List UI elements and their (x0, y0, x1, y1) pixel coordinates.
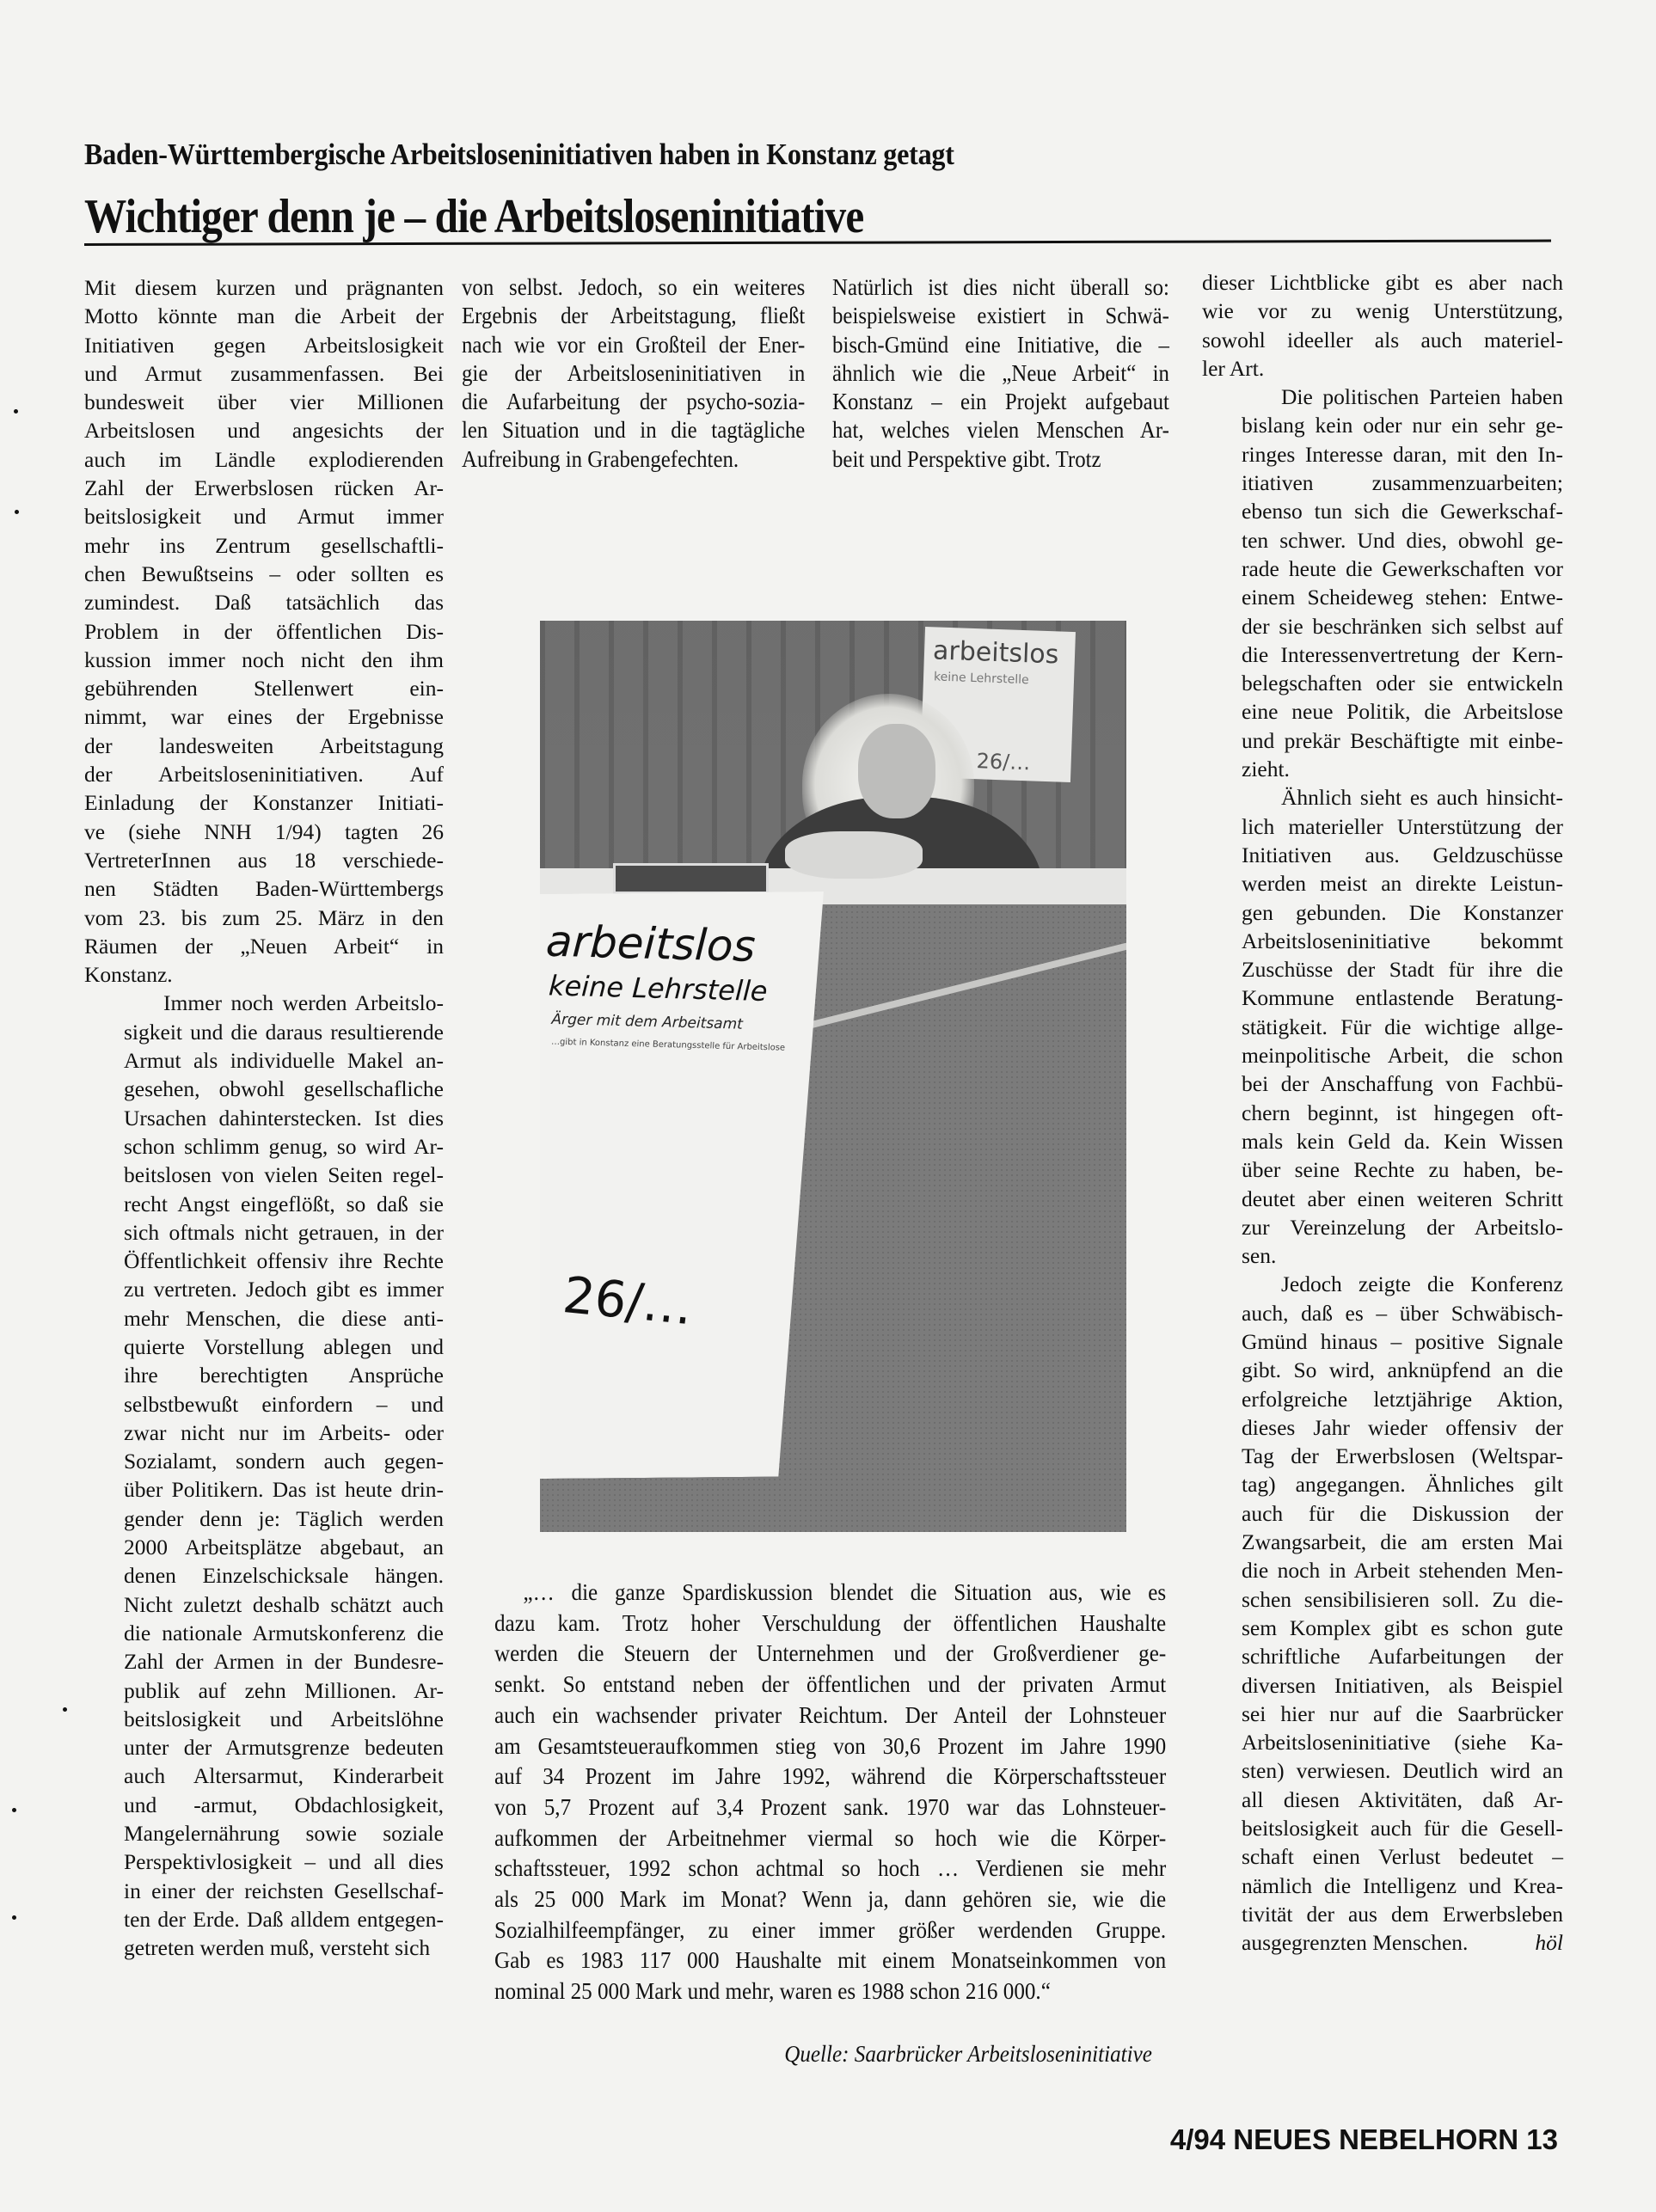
quote-line: Sozialhilfeempfänger, zu einer immer grö… (494, 1915, 1166, 1946)
text-line: Arbeitsloseninitiative bekommt (1202, 927, 1563, 955)
quote-line: aufkommen der Arbeitnehmer viermal so ho… (494, 1823, 1166, 1854)
text-line: Einladung der Konstanzer Initiati- (84, 788, 444, 817)
margin-mark (12, 1808, 16, 1812)
text-line: werden meist an direkte Leistun- (1202, 869, 1563, 898)
quote-line: werden die Steuern der Unternehmen und d… (494, 1639, 1166, 1670)
text-line: all diesen Aktivitäten, daß Ar- (1202, 1786, 1563, 1814)
text-line: quierte Vorstellung ablegen und (84, 1333, 444, 1361)
quote-line: auf 34 Prozent im Jahre 1992, während di… (494, 1762, 1166, 1792)
text-line: len Situation und in die tagtägliche (462, 416, 805, 444)
text-line: zieht. (1202, 755, 1563, 783)
text-line: stätigkeit. Für die wichtige allge- (1202, 1013, 1563, 1041)
text-line: Konstanz. (84, 960, 444, 989)
text-line: über seine Rechte zu haben, be- (1202, 1155, 1563, 1184)
quote-source: Quelle: Saarbrücker Arbeitsloseninitiati… (784, 2041, 1152, 2068)
text-line: bisch-Gmünd eine Initiative, die – (832, 331, 1169, 359)
text-line: ausgegrenzten Menschen.höl (1202, 1928, 1563, 1957)
text-line: nen Städten Baden-Württembergs (84, 874, 444, 903)
quote-line: Gab es 1983 117 000 Haushalte mit einem … (494, 1945, 1166, 1976)
text-line: diversen Initiativen, als Beispiel (1202, 1671, 1563, 1700)
text-line: deutet aber einen weiteren Schritt (1202, 1185, 1563, 1213)
text-line: Tag der Erwerbslosen (Weltspar- (1202, 1442, 1563, 1470)
text-line: bei der Anschaffung von Fachbü- (1202, 1069, 1563, 1098)
text-line: getreten werden muß, versteht sich (84, 1933, 444, 1962)
text-line: Die politischen Parteien haben (1202, 383, 1563, 411)
text-line: bislang kein oder nur ein sehr ge- (1202, 411, 1563, 439)
quote-line: schaftssteuer, 1992 schon achtmal so hoc… (494, 1854, 1166, 1884)
article-column-1: Mit diesem kurzen und prägnantenMotto kö… (84, 273, 444, 1963)
text-line: Motto könnte man die Arbeit der (84, 302, 444, 330)
text-line: auch, daß es – über Schwäbisch- (1202, 1299, 1563, 1327)
quote-line: nominal 25 000 Mark und mehr, waren es 1… (494, 1976, 1166, 2007)
text-line: schen sensibilisieren soll. Zu die- (1202, 1585, 1563, 1614)
author-signature: höl (1495, 1928, 1563, 1957)
text-line: Zuschüsse der Stadt für ihre die (1202, 955, 1563, 983)
text-line: 2000 Arbeitsplätze abgebaut, an (84, 1533, 444, 1561)
text-line: beit und Perspektive gibt. Trotz (832, 445, 1169, 474)
text-line: Immer noch werden Arbeitslo- (84, 989, 444, 1017)
text-line: Natürlich ist dies nicht überall so: (832, 273, 1169, 302)
text-line: nimmt, war eines der Ergebnisse (84, 702, 444, 731)
text-line: Konstanz – ein Projekt aufgebaut (832, 388, 1169, 416)
text-line: belegschaften oder sie entwickeln (1202, 669, 1563, 697)
text-line: Zahl der Erwerbslosen rücken Ar- (84, 474, 444, 502)
text-line: unter der Armutsgrenze bedeuten (84, 1733, 444, 1762)
text-line: Perspektivlosigkeit – und all dies (84, 1847, 444, 1876)
quote-text: „… die ganze Spardiskussion blendet die … (494, 1578, 1166, 2007)
text-line: sowohl ideeller als auch materiel- (1202, 326, 1563, 354)
text-line: selbstbewußt einfordern – und (84, 1390, 444, 1418)
text-line: gen gebunden. Die Konstanzer (1202, 898, 1563, 927)
text-line: tivität der aus dem Erwerbsleben (1202, 1900, 1563, 1928)
text-line: Mangelernährung sowie soziale (84, 1819, 444, 1847)
article-column-3: Natürlich ist dies nicht überall so:beis… (832, 273, 1169, 474)
margin-mark (63, 1707, 67, 1712)
text-line: chern beginnt, ist hingegen oft- (1202, 1099, 1563, 1127)
article-paragraph: Mit diesem kurzen und prägnantenMotto kö… (84, 273, 444, 989)
quote-line: am Gesamtsteueraufkommen stieg von 30,6 … (494, 1731, 1166, 1762)
poster-front-subtitle: keine Lehrstelle (548, 969, 768, 1008)
text-line: Initiativen aus. Geldzuschüsse (1202, 841, 1563, 869)
text-line: erfolgreiche letztjährige Aktion, (1202, 1385, 1563, 1413)
quote-line: als 25 000 Mark im Monat? Wenn ja, dann … (494, 1884, 1166, 1915)
text-line: wie vor zu wenig Unterstützung, (1202, 297, 1563, 325)
text-line: denen Einzelschicksale hängen. (84, 1561, 444, 1590)
article-photo: arbeitslos keine Lehrstelle 26/… arbeits… (540, 621, 1126, 1532)
text-line: über Politikern. Das ist heute drin- (84, 1475, 444, 1504)
text-line: Initiativen gegen Arbeitslosigkeit (84, 331, 444, 359)
article-column-2: von selbst. Jedoch, so ein weiteresErgeb… (462, 273, 805, 474)
text-line: und Armut zusammenfassen. Bei (84, 359, 444, 388)
text-line: auch im Ländle explodierenden (84, 445, 444, 474)
text-line: gebührenden Stellenwert ein- (84, 674, 444, 702)
text-line: Kommune entlastende Beratung- (1202, 983, 1563, 1012)
text-line: zur Vereinzelung der Arbeitslo- (1202, 1213, 1563, 1241)
text-line: mehr Menschen, die diese anti- (84, 1304, 444, 1333)
margin-mark (15, 510, 19, 514)
text-line: schaft einen Verlust bedeutet – (1202, 1842, 1563, 1871)
photo-person-face (858, 724, 935, 818)
article-paragraph: dieser Lichtblicke gibt es aber nachwie … (1202, 268, 1563, 383)
poster-back-title: arbeitslos (933, 635, 1059, 670)
text-line: beitslosigkeit und Armut immer (84, 502, 444, 530)
text-line: die noch in Arbeit stehenden Men- (1202, 1556, 1563, 1584)
text-line: die Aufarbeitung der psycho-sozia- (462, 388, 805, 416)
text-line: Öffentlichkeit offensiv ihre Rechte (84, 1247, 444, 1275)
article-paragraph: von selbst. Jedoch, so ein weiteresErgeb… (462, 273, 805, 474)
text-line: schriftliche Aufarbeitungen der (1202, 1642, 1563, 1670)
text-line: rade heute die Gewerkschaften vor (1202, 555, 1563, 583)
text-line: von selbst. Jedoch, so ein weiteres (462, 273, 805, 302)
text-line: Zahl der Armen in der Bundesre- (84, 1647, 444, 1676)
text-line: und prekär Beschäftigte mit einbe- (1202, 726, 1563, 755)
quote-line: senkt. So entstand neben der öffentliche… (494, 1670, 1166, 1700)
quote-line: auch ein wachsender privater Reichtum. D… (494, 1700, 1166, 1731)
article-paragraph: Die politischen Parteien habenbislang ke… (1202, 383, 1563, 783)
text-line: mals kein Geld da. Kein Wissen (1202, 1127, 1563, 1155)
text-line: Arbeitslosen und angesichts der (84, 416, 444, 444)
text-line: zumindest. Daß tatsächlich das (84, 588, 444, 616)
text-line: Arbeitsloseninitiative (siehe Ka- (1202, 1728, 1563, 1756)
text-line: sigkeit und die daraus resultierende (84, 1018, 444, 1046)
text-line: schon schlimm genug, so wird Ar- (84, 1132, 444, 1161)
text-line: und -armut, Obdachlosigkeit, (84, 1791, 444, 1819)
text-line: zwar nicht nur im Arbeits- oder (84, 1418, 444, 1447)
text-line: sem Komplex gibt es schon gute (1202, 1614, 1563, 1642)
text-line: Nicht zuletzt deshalb schätzt auch (84, 1590, 444, 1619)
text-line: Zwangsarbeit, die am ersten Mai (1202, 1528, 1563, 1556)
text-line: mehr ins Zentrum gesellschaftli- (84, 531, 444, 560)
article-paragraph: Natürlich ist dies nicht überall so:beis… (832, 273, 1169, 474)
poster-front-number: 26/… (560, 1265, 696, 1336)
poster-front-title: arbeitslos (545, 916, 757, 971)
text-line: beitslosen von vielen Seiten regel- (84, 1161, 444, 1189)
text-line: Armut als individuelle Makel an- (84, 1046, 444, 1075)
text-line: gie der Arbeitsloseninitiativen in (462, 359, 805, 388)
margin-mark (12, 1915, 16, 1920)
text-line: lich materieller Unterstützung der (1202, 812, 1563, 841)
text-line: vom 23. bis zum 25. März in den (84, 904, 444, 932)
quote-box: „… die ganze Spardiskussion blendet die … (494, 1578, 1166, 2007)
text-line: auch für die Diskussion der (1202, 1499, 1563, 1528)
text-line: auch Altersarmut, Kinderarbeit (84, 1762, 444, 1790)
text-line: VertreterInnen aus 18 verschiede- (84, 846, 444, 874)
text-line: itiativen zusammenzuarbeiten; (1202, 469, 1563, 497)
text-line: Aufreibung in Grabengefechten. (462, 445, 805, 474)
page-footer: 4/94 NEUES NEBELHORN 13 (1170, 2123, 1558, 2156)
text-line: sen. (1202, 1241, 1563, 1270)
article-column-4: dieser Lichtblicke gibt es aber nachwie … (1202, 268, 1563, 1958)
text-line: publik auf zehn Millionen. Ar- (84, 1676, 444, 1705)
text-line: Gmünd hinaus – positive Signale (1202, 1327, 1563, 1356)
text-line: Räumen der „Neuen Arbeit“ in (84, 932, 444, 960)
text-line: Mit diesem kurzen und prägnanten (84, 273, 444, 302)
margin-mark (14, 409, 18, 414)
text-line: Ursachen dahinterstecken. Ist dies (84, 1104, 444, 1132)
text-line: Problem in der öffentlichen Dis- (84, 617, 444, 646)
article-kicker: Baden-Württembergische Arbeitsloseniniti… (84, 138, 954, 172)
photo-poster-front: arbeitslos keine Lehrstelle Ärger mit de… (540, 892, 824, 1479)
text-line: ten schwer. Und dies, obwohl ge- (1202, 526, 1563, 555)
text-line: ten der Erde. Daß alldem entgegen- (84, 1905, 444, 1933)
text-line: in einer der reichsten Gesellschaf- (84, 1877, 444, 1905)
text-line: chen Bewußtseins – oder sollten es (84, 560, 444, 588)
text-line: der sie beschränken sich selbst auf (1202, 612, 1563, 640)
text-line: ringes Interesse daran, mit den In- (1202, 440, 1563, 469)
article-headline: Wichtiger denn je – die Arbeitsloseninit… (84, 189, 863, 244)
text-line: hat, welches vielen Menschen Ar- (832, 416, 1169, 444)
text-line: tag) angegangen. Ähnliches gilt (1202, 1470, 1563, 1498)
text-line: Ähnlich sieht es auch hinsicht- (1202, 783, 1563, 812)
text-line: ebenso tun sich die Gewerkschaf- (1202, 497, 1563, 525)
text-line: dieses Jahr wieder offensiv der (1202, 1413, 1563, 1442)
text-line: gibt. So wird, anknüpfend an die (1202, 1356, 1563, 1384)
text-line: sich oftmals nicht getrauen, in der (84, 1218, 444, 1247)
poster-back-number: 26/… (976, 749, 1031, 775)
article-paragraph: Ähnlich sieht es auch hinsicht-lich mate… (1202, 783, 1563, 1270)
text-line: ler Art. (1202, 354, 1563, 383)
text-line: nämlich die Intelligenz und Krea- (1202, 1872, 1563, 1900)
text-line: nach wie vor ein Großteil der Ener- (462, 331, 805, 359)
text-line: kussion immer noch nicht den ihm (84, 646, 444, 674)
text-line: der landesweiten Arbeitstagung (84, 732, 444, 760)
text-line: eine neue Politik, die Arbeitslose (1202, 697, 1563, 726)
text-line: gender denn je: Täglich werden (84, 1504, 444, 1533)
text-line: beitslosigkeit und Arbeitslöhne (84, 1705, 444, 1733)
poster-back-subtitle: keine Lehrstelle (934, 670, 1029, 687)
article-paragraph: Jedoch zeigte die Konferenzauch, daß es … (1202, 1270, 1563, 1957)
text-line: dieser Lichtblicke gibt es aber nach (1202, 268, 1563, 297)
text-line: meinpolitische Arbeit, die schon (1202, 1041, 1563, 1069)
text-line: bundesweit über vier Millionen (84, 388, 444, 416)
text-line: die nationale Armutskonferenz die (84, 1619, 444, 1647)
text-line: recht Angst eingeflößt, so daß sie (84, 1190, 444, 1218)
photo-person-hands (785, 831, 923, 879)
poster-front-line4: …gibt in Konstanz eine Beratungsstelle f… (551, 1038, 809, 1054)
quote-line: „… die ganze Spardiskussion blendet die … (494, 1578, 1166, 1608)
text-line: sten) verwiesen. Deutlich wird an (1202, 1756, 1563, 1785)
text-line: ve (siehe NNH 1/94) tagten 26 (84, 818, 444, 846)
text-line: gesehen, obwohl gesellschafliche (84, 1075, 444, 1103)
quote-line: von 5,7 Prozent auf 3,4 Prozent sank. 19… (494, 1792, 1166, 1823)
text-line: ihre berechtigten Ansprüche (84, 1361, 444, 1389)
article-paragraph: Immer noch werden Arbeitslo-sigkeit und … (84, 989, 444, 1962)
text-line: Jedoch zeigte die Konferenz (1202, 1270, 1563, 1298)
text-line: der Arbeitsloseninitiativen. Auf (84, 760, 444, 788)
text-line: beispielsweise existiert in Schwä- (832, 302, 1169, 330)
text-line: einem Scheideweg stehen: Entwe- (1202, 583, 1563, 611)
text-line: Ergebnis der Arbeitstagung, fließt (462, 302, 805, 330)
poster-front-line3: Ärger mit dem Arbeitsamt (551, 1011, 743, 1033)
quote-line: dazu kam. Trotz hoher Verschuldung der ö… (494, 1608, 1166, 1639)
text-line: sei hier nur auf die Saarbrücker (1202, 1700, 1563, 1728)
photo-book (613, 863, 769, 894)
text-line: Sozialamt, sondern auch gegen- (84, 1447, 444, 1475)
text-line: ähnlich wie die „Neue Arbeit“ in (832, 359, 1169, 388)
text-line: beitslosigkeit auch für die Gesell- (1202, 1814, 1563, 1842)
text-line: die Interessenvertretung der Kern- (1202, 640, 1563, 669)
text-line: zu vertreten. Jedoch gibt es immer (84, 1275, 444, 1303)
